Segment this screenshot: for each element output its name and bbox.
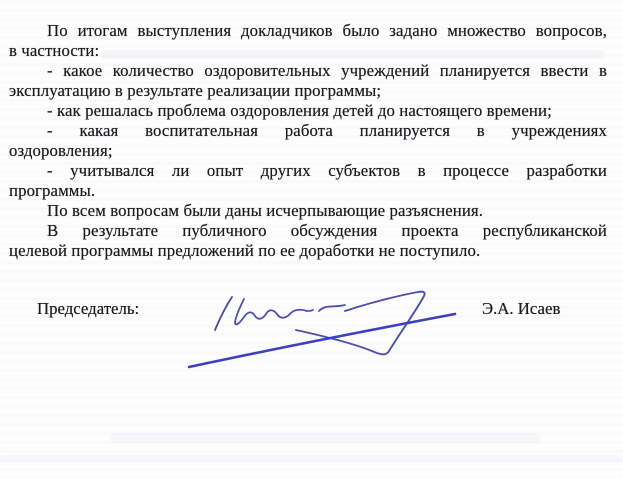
document-line: - какая воспитательная работа планируетс…: [9, 121, 607, 141]
document-line: программы.: [9, 181, 607, 201]
document-line: целевой программы предложений по ее дора…: [9, 241, 607, 261]
signature-stroke-initial: [215, 297, 232, 330]
chairman-label: Председатель:: [37, 299, 139, 319]
document-body: По итогам выступления докладчиков было з…: [9, 21, 607, 261]
document-line: оздоровления;: [9, 141, 607, 161]
document-line: По итогам выступления докладчиков было з…: [9, 21, 607, 41]
document-line: - какое количество оздоровительных учреж…: [9, 61, 607, 81]
document-line: В результате публичного обсуждения проек…: [9, 221, 607, 241]
document-line: эксплуатацию в результате реализации про…: [9, 81, 607, 101]
document-line: По всем вопросам были даны исчерпывающие…: [9, 201, 607, 221]
document-line: - как решалась проблема оздоровления дет…: [9, 101, 607, 121]
handwritten-signature: [180, 285, 470, 375]
signature-stroke-underline: [189, 314, 455, 367]
document-line: в частности:: [9, 41, 607, 61]
scan-artifact: [110, 433, 540, 443]
signature-stroke-humps: [235, 299, 313, 324]
document-line: - учитывался ли опыт других субъектов в …: [9, 161, 607, 181]
signature-stroke-tilde: [319, 305, 345, 311]
scanned-document-page: По итогам выступления докладчиков было з…: [0, 0, 623, 478]
chairman-name: Э.А. Исаев: [482, 299, 560, 319]
scan-artifact: [0, 455, 623, 463]
